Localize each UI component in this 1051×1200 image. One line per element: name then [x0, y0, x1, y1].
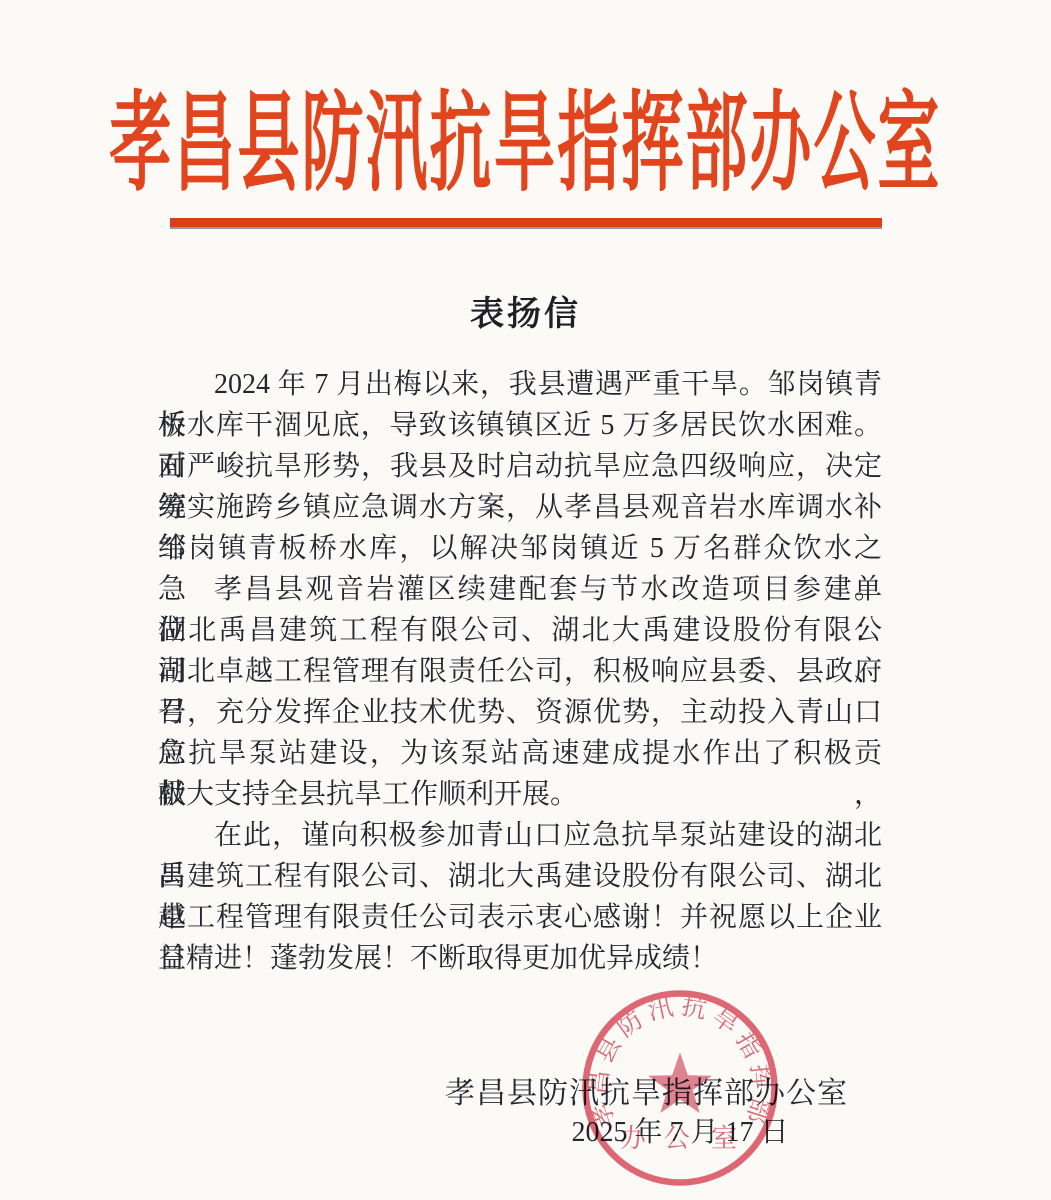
letterhead-divider-rule	[170, 218, 882, 229]
body-line: 昌建筑工程有限公司、湖北大禹建设股份有限公司、湖北卓	[158, 856, 882, 897]
signature-org-name: 孝昌县防汛抗旱指挥部办公室	[0, 1068, 848, 1112]
body-line: 孝昌县观音岩灌区续建配套与节水改造项目参建单位：	[158, 569, 882, 610]
body-line: 在此，谨向积极参加青山口应急抗旱泵站建设的湖北禹	[158, 815, 882, 856]
body-line: 急抗旱泵站建设，为该泵站高速建成提水作出了积极贡献，	[158, 733, 882, 774]
body-line: 湖北禹昌建筑工程有限公司、湖北大禹建设股份有限公司、	[158, 610, 882, 651]
letterhead-org-name: 孝昌县防汛抗旱指挥部办公室	[0, 56, 1051, 212]
body-line: 对严峻抗旱形势，我县及时启动抗旱应急四级响应，决定统	[158, 446, 882, 487]
body-line: 2024 年 7 月出梅以来，我县遭遇严重干旱。邹岗镇青板	[158, 364, 882, 405]
body-line: 桥水库干涸见底，导致该镇镇区近 5 万多居民饮水困难。面	[158, 405, 882, 446]
signature-date: 2025 年 7 月 17 日	[480, 1110, 880, 1150]
body-line: 邹岗镇青板桥水库，以解决邹岗镇近 5 万名群众饮水之急。	[158, 528, 882, 569]
body-line: 湖北卓越工程管理有限责任公司，积极响应县委、县政府号	[158, 651, 882, 692]
letter-body: 2024 年 7 月出梅以来，我县遭遇严重干旱。邹岗镇青板 桥水库干涸见底，导致…	[158, 364, 882, 979]
document-title: 表扬信	[0, 286, 1051, 335]
letter-page: 孝昌县防汛抗旱指挥部办公室 表扬信 2024 年 7 月出梅以来，我县遭遇严重干…	[0, 0, 1051, 1200]
body-line: 益精进！蓬勃发展！不断取得更加优异成绩！	[158, 938, 882, 979]
body-line: 筹实施跨乡镇应急调水方案，从孝昌县观音岩水库调水补给	[158, 487, 882, 528]
body-line: 越工程管理有限责任公司表示衷心感谢！并祝愿以上企业日	[158, 897, 882, 938]
body-line: 召，充分发挥企业技术优势、资源优势，主动投入青山口应	[158, 692, 882, 733]
